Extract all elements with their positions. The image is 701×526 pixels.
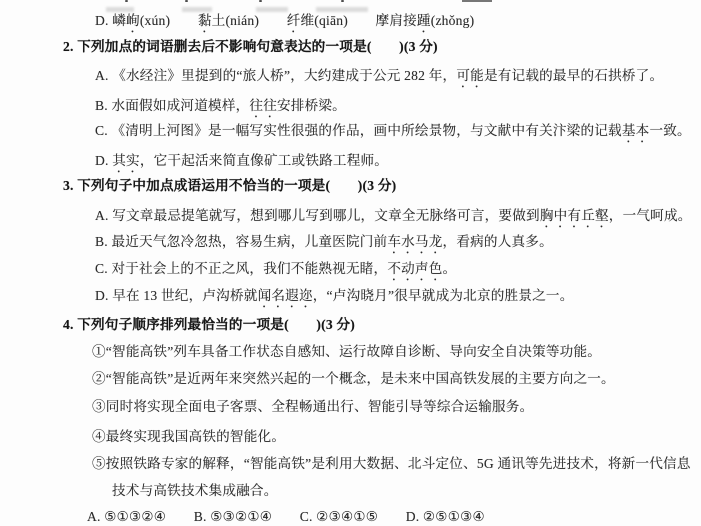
emphasized-text: 车水马龙 <box>387 234 442 249</box>
text-segment: D. 嶙 <box>95 13 126 28</box>
emphasized-text: 基本 <box>622 123 650 138</box>
text-segment: 安排桥梁。 <box>277 98 346 113</box>
q1-option-d: D. 嶙峋(xún) 黏土(nián) 纤维(qiān) 摩肩接踵(zhǒng) <box>95 13 474 36</box>
clipped-line-smudge <box>106 7 134 12</box>
q4-sentence-5: ⑤按照铁路专家的解释，“智能高铁”是利用大数据、北斗定位、5G 通讯等先进技术，… <box>92 457 691 471</box>
clipped-line-dot <box>185 0 188 2</box>
emphasized-text: 黏 <box>198 13 212 28</box>
clipped-line-dash <box>462 0 492 2</box>
emphasized-text: 其实 <box>112 153 140 168</box>
q4-sentence-2: ②“智能高铁”是近两年来突然兴起的一个概念，是未来中国高铁发展的主要方向之一。 <box>92 372 615 386</box>
q4-options: A. ⑤①③②④ B. ⑤③②①④ C. ②③④①⑤ D. ②⑤①③④ <box>87 510 485 524</box>
text-segment: (zhǒng) <box>431 13 475 28</box>
text-segment: 是有记载的最早的石拱桥了。 <box>484 68 663 83</box>
text-segment: ④最终实现我国高铁的智能化。 <box>92 429 285 444</box>
text-segment: ，一气呵成。 <box>609 208 692 223</box>
q2-stem: 2. 下列加点的词语删去后不影响句意表达的一项是( )(3 分) <box>63 40 438 54</box>
q2-option-c: C. 《清明上河图》是一幅写实性很强的作品，画中所绘景物，与文献中有关汴梁的记载… <box>95 123 691 146</box>
text-segment: ①“智能高铁”列车具备工作状态自感知、运行故障自诊断、导向安全自决策等功能。 <box>92 344 601 359</box>
clipped-line-dot <box>341 0 344 2</box>
q4-sentence-1: ①“智能高铁”列车具备工作状态自感知、运行故障自诊断、导向安全自决策等功能。 <box>92 345 601 359</box>
text-segment: 3. 下列句子中加点成语运用不恰当的一项是( )(3 分) <box>63 178 396 193</box>
q4-sentence-4: ④最终实现我国高铁的智能化。 <box>92 430 285 444</box>
q2-option-b: B. 水面假如成河道模样，往往安排桥梁。 <box>95 98 346 121</box>
text-segment: A. 《水经注》里提到的“旅人桥”，大约建成于公元 282 年， <box>95 68 456 83</box>
emphasized-text: 往往 <box>249 98 277 113</box>
text-segment: D. <box>95 153 112 168</box>
text-segment: ，“卢沟晓月”很早就成为北京的胜景之一。 <box>313 288 574 303</box>
q2-option-d: D. 其实，它干起活来简直像矿工或铁路工程师。 <box>95 153 388 176</box>
q4-stem: 4. 下列句子顺序排列最恰当的一项是( )(3 分) <box>63 318 355 332</box>
text-segment: C. 《清明上河图》是一幅写实性很强的作品，画中所绘景物，与文献中有关汴梁的记载 <box>95 123 622 138</box>
clipped-line-smudge <box>316 7 368 12</box>
q4-sentence-3: ③同时将实现全面电子客票、全程畅通出行、智能引导等综合运输服务。 <box>92 400 533 414</box>
text-segment: ②“智能高铁”是近两年来突然兴起的一个概念，是未来中国高铁发展的主要方向之一。 <box>92 371 615 386</box>
emphasized-text: 峋 <box>126 13 140 28</box>
text-segment: ，它干起活来简直像矿工或铁路工程师。 <box>140 153 388 168</box>
q4-sentence-5-cont: 技术与高铁技术集成融合。 <box>112 484 278 498</box>
text-segment: B. 最近天气忽冷忽热，容易生病，儿童医院门前 <box>95 234 387 249</box>
q3-option-b: B. 最近天气忽冷忽热，容易生病，儿童医院门前车水马龙，看病的人真多。 <box>95 234 553 257</box>
emphasized-text: 纤 <box>287 13 301 28</box>
q3-stem: 3. 下列句子中加点成语运用不恰当的一项是( )(3 分) <box>63 179 396 193</box>
text-segment: D. 早在 13 世纪，卢沟桥就 <box>95 288 258 303</box>
emphasized-text: 可能 <box>456 68 484 83</box>
text-segment: A. ⑤①③②④ B. ⑤③②①④ C. ②③④①⑤ D. ②⑤①③④ <box>87 509 485 524</box>
emphasized-text: 胸中有丘壑 <box>540 208 609 223</box>
text-segment: A. 写文章最忌提笔就写，想到哪儿写到哪儿，文章全无脉络可言，要做到 <box>95 208 540 223</box>
text-segment: ，看病的人真多。 <box>443 234 553 249</box>
text-segment: B. 水面假如成河道模样， <box>95 98 249 113</box>
q3-option-d: D. 早在 13 世纪，卢沟桥就闻名遐迩，“卢沟晓月”很早就成为北京的胜景之一。 <box>95 288 574 311</box>
text-segment: C. 对于社会上的不正之风，我们不能熟视无睹， <box>95 261 387 276</box>
clipped-line-dot <box>259 0 262 2</box>
text-segment: 土(nián) <box>212 13 287 28</box>
text-segment: 4. 下列句子顺序排列最恰当的一项是( )(3 分) <box>63 317 355 332</box>
clipped-line-smudge <box>256 7 288 12</box>
text-segment: 一致。 <box>649 123 690 138</box>
q3-option-c: C. 对于社会上的不正之风，我们不能熟视无睹，不动声色。 <box>95 261 456 284</box>
emphasized-text: 闻名遐迩 <box>258 288 313 303</box>
text-segment: 2. 下列加点的词语删去后不影响句意表达的一项是( )(3 分) <box>63 39 438 54</box>
q3-option-a: A. 写文章最忌提笔就写，想到哪儿写到哪儿，文章全无脉络可言，要做到胸中有丘壑，… <box>95 208 692 231</box>
clipped-line-smudge <box>182 7 212 12</box>
emphasized-text: 踵 <box>417 13 431 28</box>
text-segment: 。 <box>443 261 457 276</box>
text-segment: 技术与高铁技术集成融合。 <box>112 483 278 498</box>
text-segment: ⑤按照铁路专家的解释，“智能高铁”是利用大数据、北斗定位、5G 通讯等先进技术，… <box>92 456 691 471</box>
text-segment: 维(qiān) 摩肩接 <box>301 13 417 28</box>
text-segment: (xún) <box>140 13 198 28</box>
clipped-line-dot <box>125 0 128 2</box>
text-segment: ③同时将实现全面电子客票、全程畅通出行、智能引导等综合运输服务。 <box>92 399 533 414</box>
exam-paper-page: D. 嶙峋(xún) 黏土(nián) 纤维(qiān) 摩肩接踵(zhǒng)… <box>0 0 701 526</box>
emphasized-text: 不动声色 <box>387 261 442 276</box>
q2-option-a: A. 《水经注》里提到的“旅人桥”，大约建成于公元 282 年，可能是有记载的最… <box>95 68 663 91</box>
